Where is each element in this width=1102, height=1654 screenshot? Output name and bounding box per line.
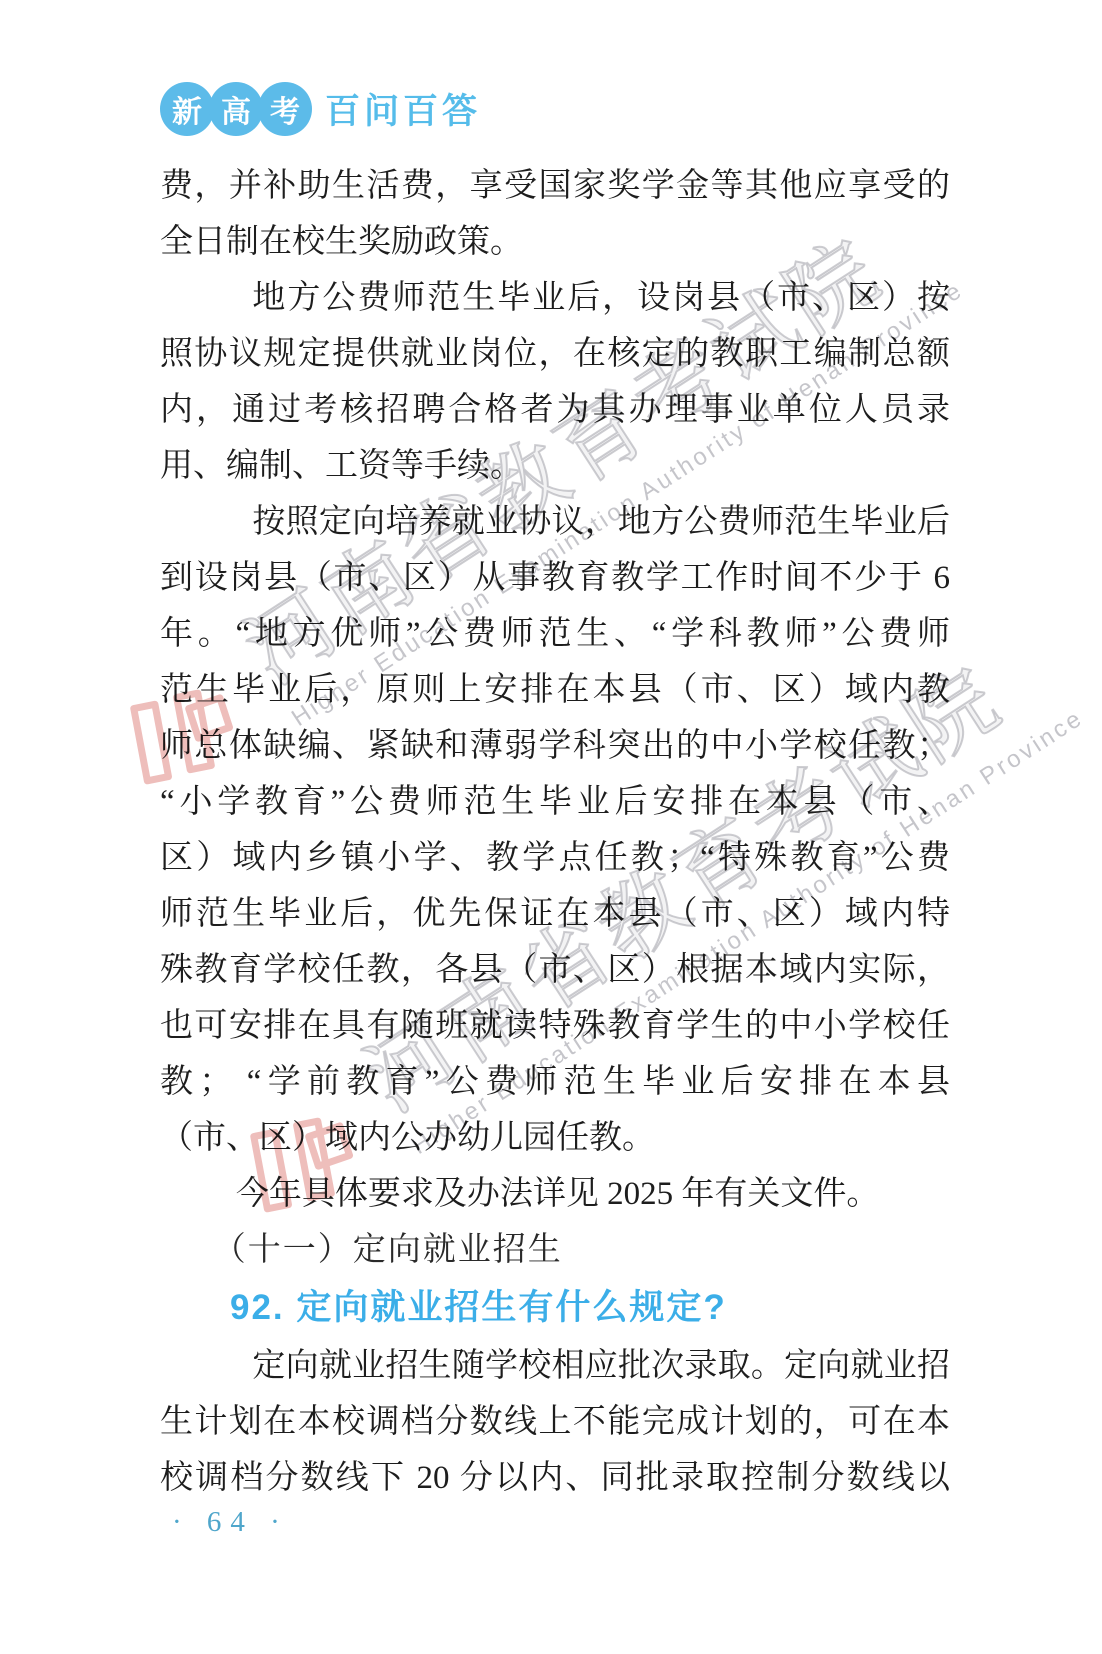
text-line: 用、编制、工资等手续。 xyxy=(160,438,950,494)
badge-circle-xin: 新 xyxy=(160,82,214,136)
section-heading: （十一）定向就业招生 xyxy=(160,1222,950,1278)
text-line: （市、区）域内公办幼儿园任教。 xyxy=(160,1110,950,1166)
text-line: 地方公费师范生毕业后，设岗县（市、区）按 xyxy=(160,270,950,326)
page-header: 新 高 考 百问百答 xyxy=(160,80,481,138)
text-line: 教； “学前教育”公费师范生毕业后安排在本县 xyxy=(160,1054,950,1110)
text-line: “小学教育”公费师范生毕业后安排在本县（市、 xyxy=(160,774,950,830)
text-line: 校调档分数线下 20 分以内、同批录取控制分数线以 xyxy=(160,1450,950,1506)
book-page: 新 高 考 百问百答 河南省教育考试院 Higher Education Exa… xyxy=(0,0,1102,1654)
text-line: 定向就业招生随学校相应批次录取。定向就业招 xyxy=(160,1338,950,1394)
text-line: 师范生毕业后，优先保证在本县（市、区）域内特 xyxy=(160,886,950,942)
text-line: 费，并补助生活费，享受国家奖学金等其他应享受的 xyxy=(160,158,950,214)
text-line: 今年具体要求及办法详见 2025 年有关文件。 xyxy=(160,1166,950,1222)
gaokao-logo-badge: 新 高 考 xyxy=(160,82,307,136)
badge-circle-gao: 高 xyxy=(209,82,263,136)
badge-circle-kao: 考 xyxy=(258,82,312,136)
text-line: 殊教育学校任教，各县（市、区）根据本域内实际， xyxy=(160,942,950,998)
text-line: 全日制在校生奖励政策。 xyxy=(160,214,950,270)
text-line: 内，通过考核招聘合格者为其办理事业单位人员录 xyxy=(160,382,950,438)
page-body-text: 费，并补助生活费，享受国家奖学金等其他应享受的全日制在校生奖励政策。地方公费师范… xyxy=(160,158,950,1506)
text-line: 也可安排在具有随班就读特殊教育学生的中小学校任 xyxy=(160,998,950,1054)
text-line: 区）域内乡镇小学、教学点任教；“特殊教育”公费 xyxy=(160,830,950,886)
text-line: 师总体缺编、紧缺和薄弱学科突出的中小学校任教； xyxy=(160,718,950,774)
page-number: · 64 · xyxy=(172,1506,289,1539)
text-line: 生计划在本校调档分数线上不能完成计划的，可在本 xyxy=(160,1394,950,1450)
header-title: 百问百答 xyxy=(325,84,481,134)
text-line: 照协议规定提供就业岗位，在核定的教职工编制总额 xyxy=(160,326,950,382)
question-heading: 92. 定向就业招生有什么规定? xyxy=(160,1278,950,1338)
text-line: 年。“地方优师”公费师范生、“学科教师”公费师 xyxy=(160,606,950,662)
text-line: 按照定向培养就业协议，地方公费师范生毕业后 xyxy=(160,494,950,550)
text-line: 到设岗县（市、区）从事教育教学工作时间不少于 6 xyxy=(160,550,950,606)
text-line: 范生毕业后，原则上安排在本县（市、区）域内教 xyxy=(160,662,950,718)
